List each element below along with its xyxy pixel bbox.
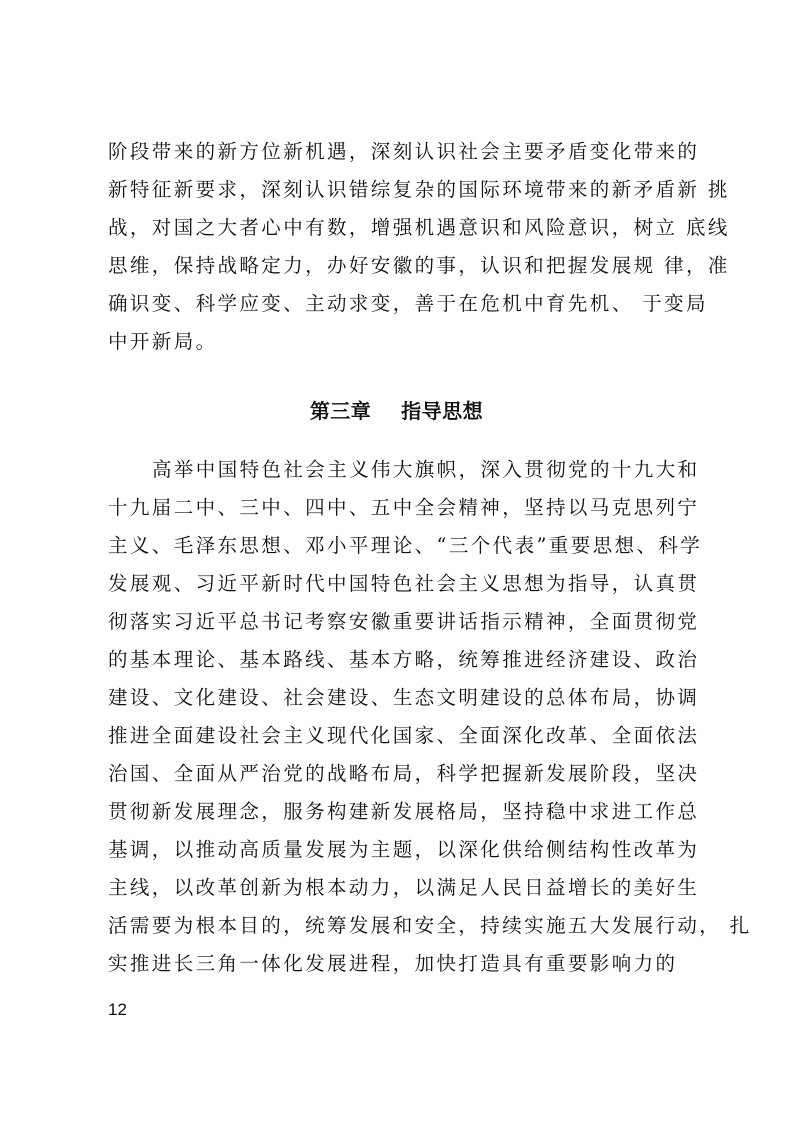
text-line: 贯彻新发展理念，服务构建新发展格局，坚持稳中求进工作总 [108,793,693,831]
text-line: 发展观、习近平新时代中国特色社会主义思想为指导，认真贯 [108,565,693,603]
continued-paragraph: 阶段带来的新方位新机遇，深刻认识社会主要矛盾变化带来的 新特征新要求，深刻认识错… [108,133,693,361]
page-number: 12 [108,1000,127,1020]
text-line: 彻落实习近平总书记考察安徽重要讲话指示精神，全面贯彻党 [108,603,693,641]
text-line: 战，对国之大者心中有数，增强机遇意识和风险意识，树立 底线 [108,209,693,247]
guiding-thought-paragraph: 高举中国特色社会主义伟大旗帜，深入贯彻党的十九大和 十九届二中、三中、四中、五中… [108,451,693,983]
text-line: 新特征新要求，深刻认识错综复杂的国际环境带来的新矛盾新 挑 [108,171,693,209]
text-line: 活需要为根本目的，统筹发展和安全，持续实施五大发展行动， 扎 [108,907,693,945]
text-line: 十九届二中、三中、四中、五中全会精神，坚持以马克思列宁 [108,489,693,527]
text-line: 阶段带来的新方位新机遇，深刻认识社会主要矛盾变化带来的 [108,133,693,171]
text-line: 高举中国特色社会主义伟大旗帜，深入贯彻党的十九大和 [108,451,693,489]
text-line: 确识变、科学应变、主动求变，善于在危机中育先机、 于变局 [108,285,693,323]
text-line: 推进全面建设社会主义现代化国家、全面深化改革、全面依法 [108,717,693,755]
text-line: 的基本理论、基本路线、基本方略，统筹推进经济建设、政治 [108,641,693,679]
chapter-heading: 第三章 指导思想 [0,395,793,424]
text-line: 治国、全面从严治党的战略布局，科学把握新发展阶段，坚决 [108,755,693,793]
text-line: 思维，保持战略定力，办好安徽的事，认识和把握发展规 律，准 [108,247,693,285]
text-line: 基调，以推动高质量发展为主题，以深化供给侧结构性改革为 [108,831,693,869]
document-page: 阶段带来的新方位新机遇，深刻认识社会主要矛盾变化带来的 新特征新要求，深刻认识错… [0,0,793,1122]
text-line: 中开新局。 [108,323,693,361]
text-line: 主义、毛泽东思想、邓小平理论、“三个代表”重要思想、科学 [108,527,693,565]
text-line: 主线，以改革创新为根本动力，以满足人民日益增长的美好生 [108,869,693,907]
text-line: 建设、文化建设、社会建设、生态文明建设的总体布局，协调 [108,679,693,717]
text-line: 实推进长三角一体化发展进程，加快打造具有重要影响力的 [108,945,693,983]
